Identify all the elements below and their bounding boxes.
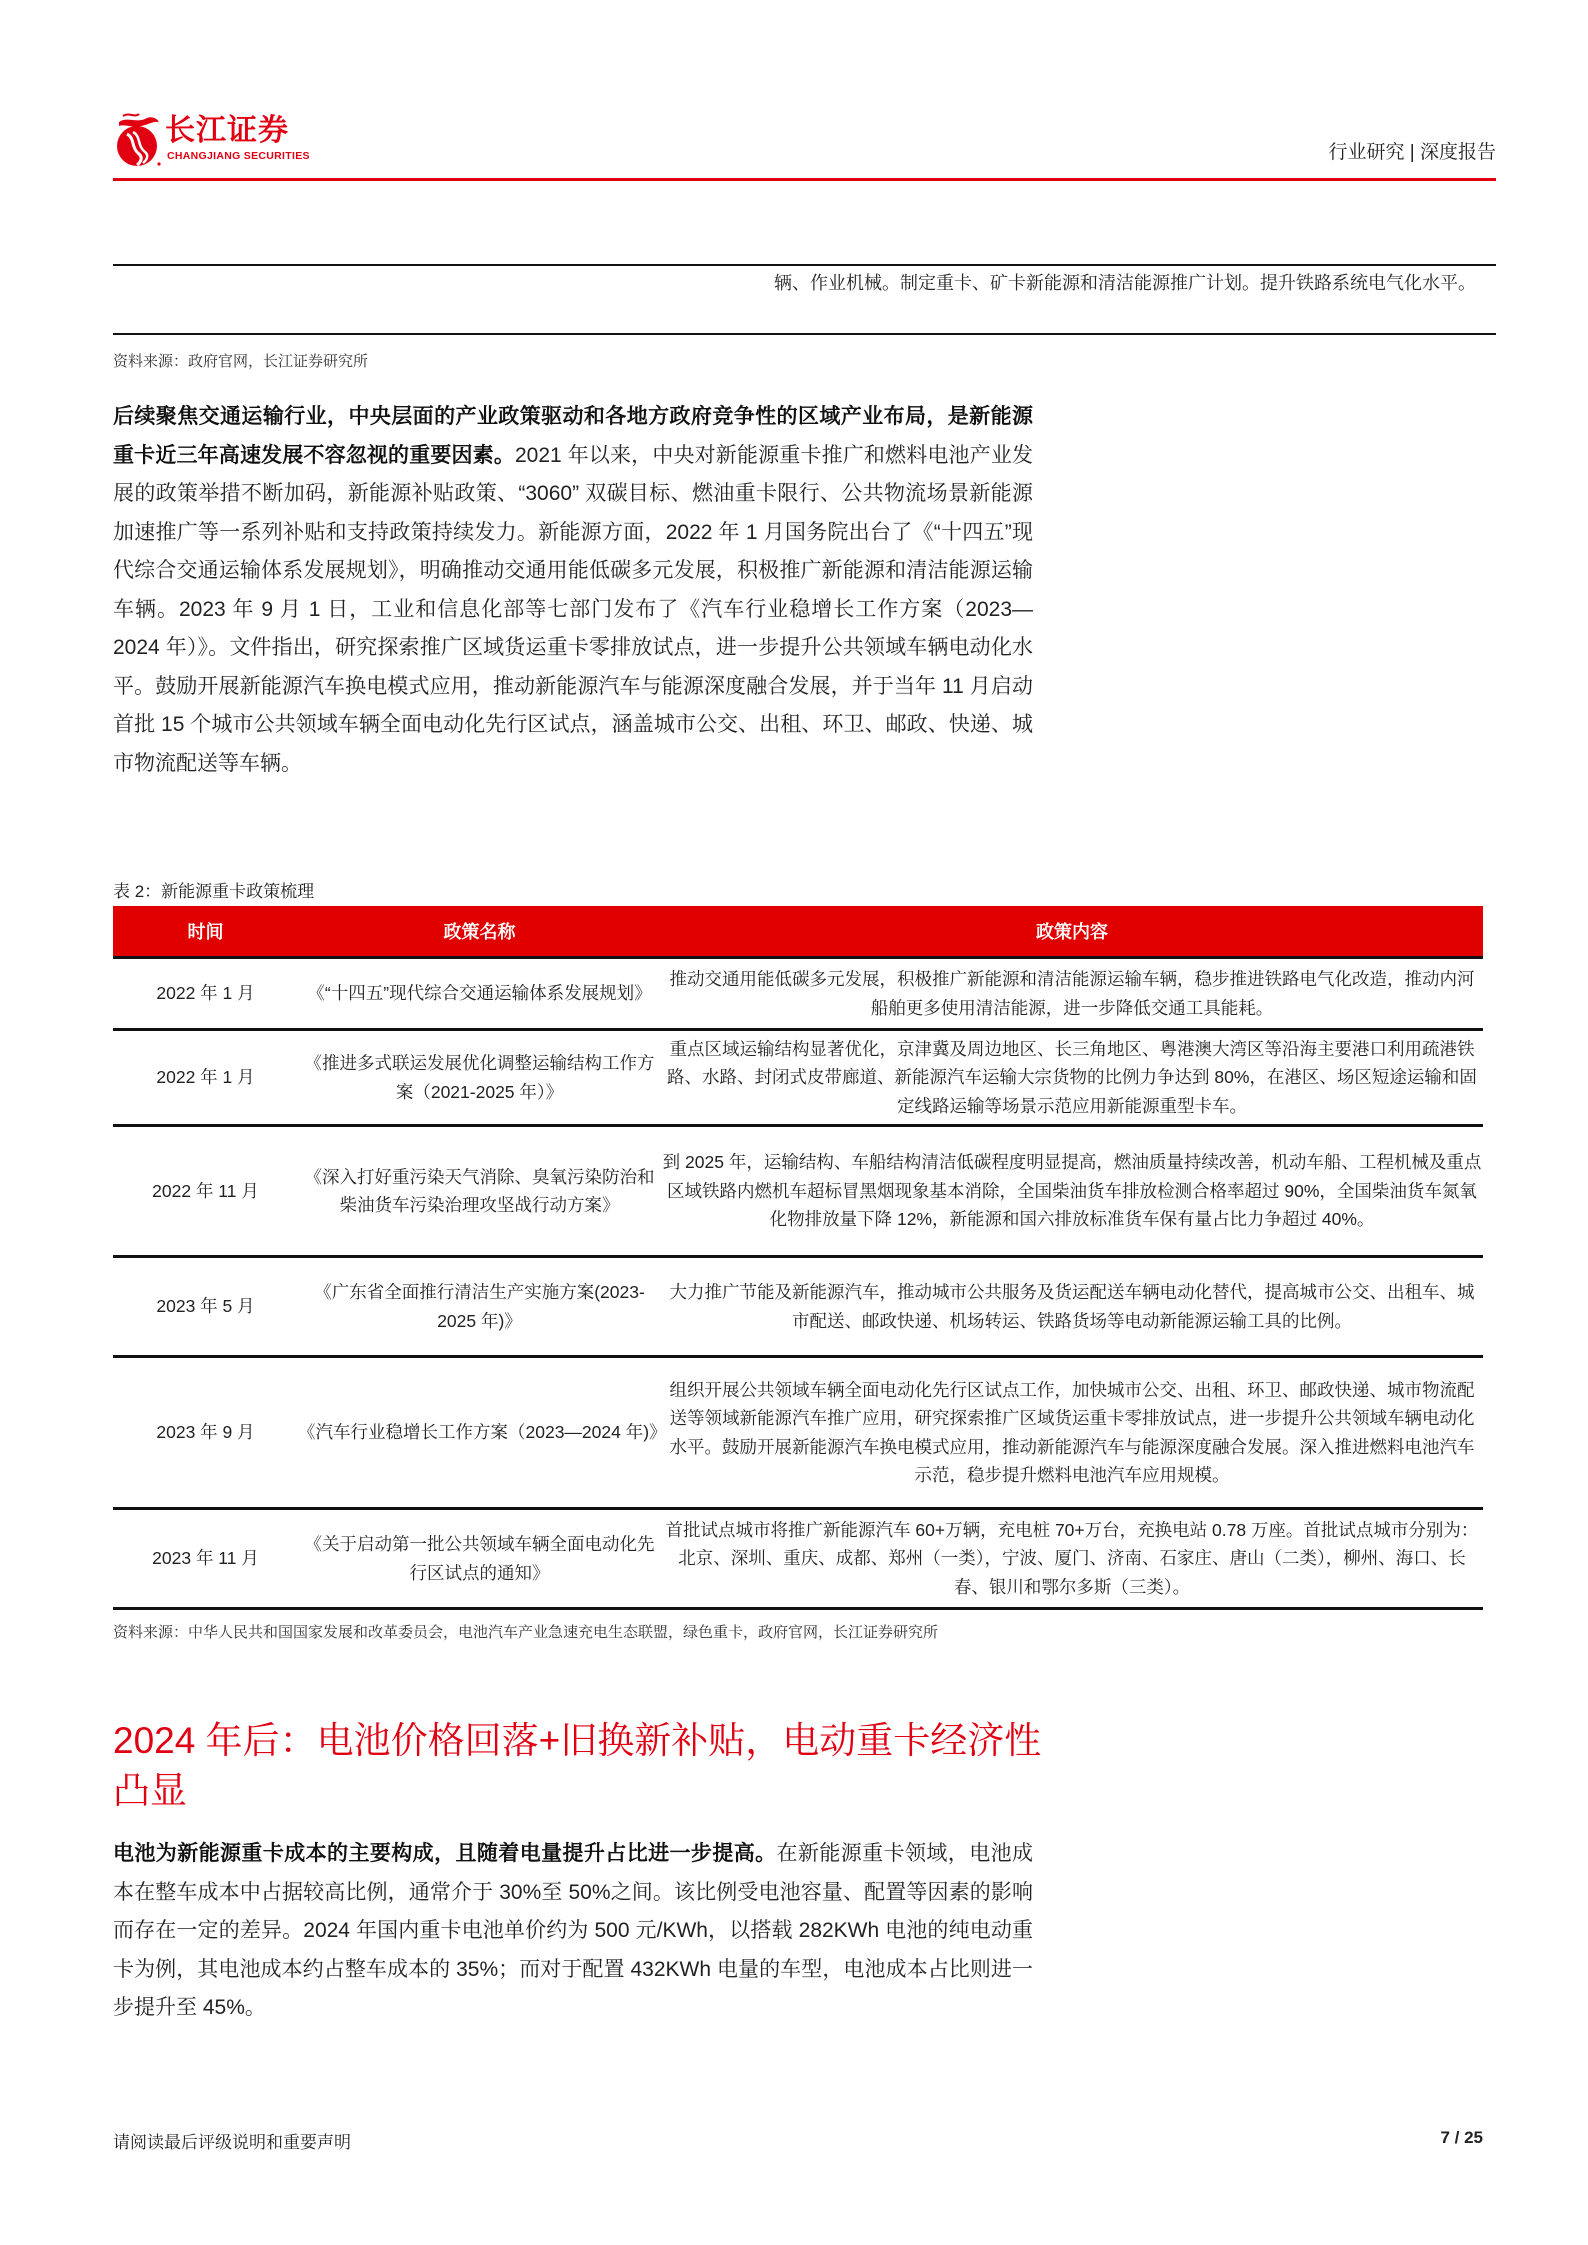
table-bottom-rule [113, 333, 1496, 335]
paragraph-lead: 电池为新能源重卡成本的主要构成，且随着电量提升占比进一步提高。 [113, 1842, 777, 1865]
cell-time: 2023 年 11 月 [113, 1509, 298, 1609]
body-paragraph: 后续聚焦交通运输行业，中央层面的产业政策驱动和各地方政府竞争性的区域产业布局，是… [113, 398, 1033, 783]
body-paragraph: 电池为新能源重卡成本的主要构成，且随着电量提升占比进一步提高。在新能源重卡领域，… [113, 1835, 1033, 2028]
cell-policy-content: 组织开展公共领域车辆全面电动化先行区试点工作，加快城市公交、出租、环卫、邮政快递… [661, 1357, 1483, 1509]
cell-policy-content: 推动交通用能低碳多元发展，积极推广新能源和清洁能源运输车辆，稳步推进铁路电气化改… [661, 958, 1483, 1030]
logo-emblem-icon [113, 112, 163, 168]
cell-policy-name: 《深入打好重污染天气消除、臭氧污染防治和柴油货车污染治理攻坚战行动方案》 [298, 1126, 661, 1257]
paragraph-text: 2021 年以来，中央对新能源重卡推广和燃料电池产业发展的政策举措不断加码，新能… [113, 444, 1033, 775]
logo-chinese-name: 长江证券 [165, 114, 289, 148]
cell-policy-name: 《广东省全面推行清洁生产实施方案(2023-2025 年)》 [298, 1257, 661, 1357]
continued-table-cell: 辆、作业机械。制定重卡、矿卡新能源和清洁能源推广计划。提升铁路系统电气化水平。 [640, 270, 1476, 296]
section-heading: 2024 年后：电池价格回落+旧换新补贴，电动重卡经济性凸显 [113, 1716, 1053, 1816]
cell-policy-name: 《“十四五”现代综合交通运输体系发展规划》 [298, 958, 661, 1030]
column-header-policy-name: 政策名称 [298, 906, 661, 958]
source-note: 资料来源：政府官网，长江证券研究所 [113, 352, 368, 372]
logo-english-name: CHANGJIANG SECURITIES [167, 150, 310, 162]
cell-policy-name: 《推进多式联运发展优化调整运输结构工作方案（2021-2025 年）》 [298, 1030, 661, 1126]
column-header-policy-content: 政策内容 [661, 906, 1483, 958]
table-source-note: 资料来源：中华人民共和国国家发展和改革委员会，电池汽车产业急速充电生态联盟，绿色… [113, 1623, 938, 1643]
company-logo: 长江证券 CHANGJIANG SECURITIES [113, 108, 333, 170]
cell-time: 2023 年 5 月 [113, 1257, 298, 1357]
table-row: 2022 年 1 月 《“十四五”现代综合交通运输体系发展规划》 推动交通用能低… [113, 958, 1483, 1030]
table-row: 2022 年 1 月 《推进多式联运发展优化调整运输结构工作方案（2021-20… [113, 1030, 1483, 1126]
table-row: 2022 年 11 月 《深入打好重污染天气消除、臭氧污染防治和柴油货车污染治理… [113, 1126, 1483, 1257]
cell-time: 2022 年 1 月 [113, 958, 298, 1030]
table-row: 2023 年 5 月 《广东省全面推行清洁生产实施方案(2023-2025 年)… [113, 1257, 1483, 1357]
cell-time: 2022 年 11 月 [113, 1126, 298, 1257]
table-top-rule [113, 264, 1496, 266]
cell-policy-content: 到 2025 年，运输结构、车船结构清洁低碳程度明显提高，燃油质量持续改善，机动… [661, 1126, 1483, 1257]
cell-time: 2023 年 9 月 [113, 1357, 298, 1509]
cell-policy-name: 《汽车行业稳增长工作方案（2023—2024 年)》 [298, 1357, 661, 1509]
table-header-row: 时间 政策名称 政策内容 [113, 906, 1483, 958]
footer-disclaimer: 请阅读最后评级说明和重要声明 [113, 2128, 351, 2153]
cell-policy-name: 《关于启动第一批公共领域车辆全面电动化先行区试点的通知》 [298, 1509, 661, 1609]
cell-policy-content: 首批试点城市将推广新能源汽车 60+万辆，充电桩 70+万台，充换电站 0.78… [661, 1509, 1483, 1609]
policy-table: 时间 政策名称 政策内容 2022 年 1 月 《“十四五”现代综合交通运输体系… [113, 906, 1483, 1610]
table-caption: 表 2：新能源重卡政策梳理 [113, 881, 314, 903]
page-number: 7 / 25 [1440, 2128, 1483, 2148]
cell-policy-content: 大力推广节能及新能源汽车，推动城市公共服务及货运配送车辆电动化替代，提高城市公交… [661, 1257, 1483, 1357]
paragraph-text: 在新能源重卡领域，电池成本在整车成本中占据较高比例，通常介于 30%至 50%之… [113, 1842, 1033, 2019]
table-row: 2023 年 11 月 《关于启动第一批公共领域车辆全面电动化先行区试点的通知》… [113, 1509, 1483, 1609]
cell-time: 2022 年 1 月 [113, 1030, 298, 1126]
header-divider [113, 178, 1496, 181]
cell-policy-content: 重点区域运输结构显著优化，京津冀及周边地区、长三角地区、粤港澳大湾区等沿海主要港… [661, 1030, 1483, 1126]
column-header-time: 时间 [113, 906, 298, 958]
table-row: 2023 年 9 月 《汽车行业稳增长工作方案（2023—2024 年)》 组织… [113, 1357, 1483, 1509]
page-header: 长江证券 CHANGJIANG SECURITIES 行业研究 | 深度报告 [113, 108, 1496, 182]
report-category: 行业研究 | 深度报告 [1329, 142, 1497, 164]
